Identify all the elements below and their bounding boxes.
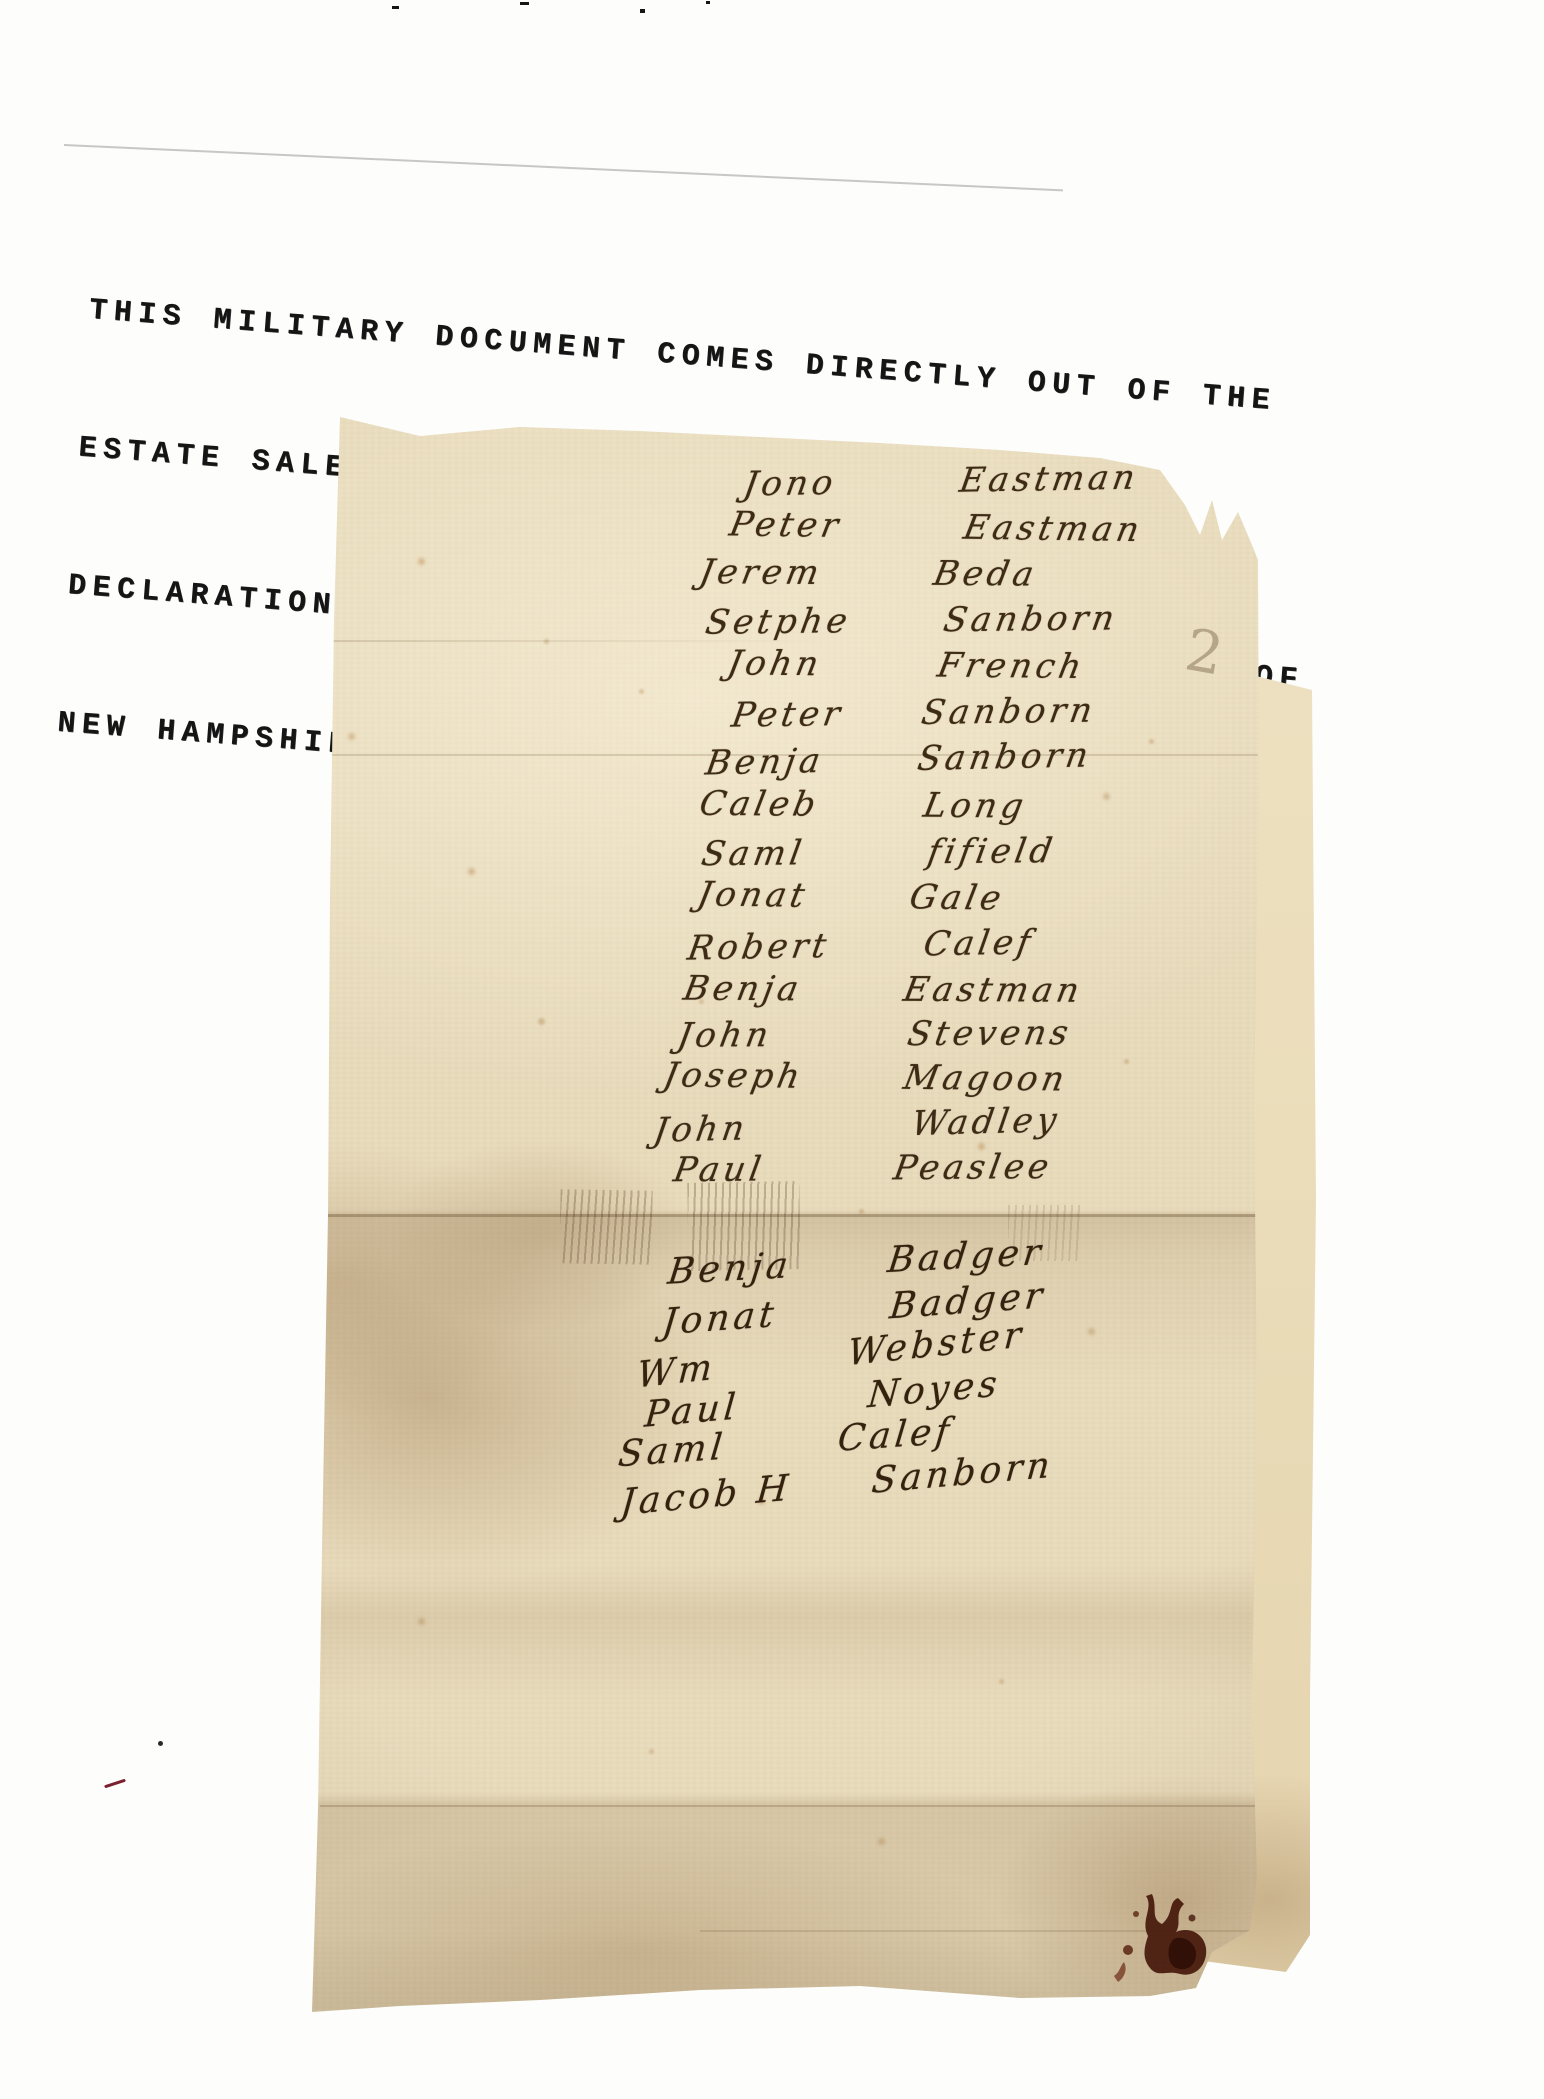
surname: Eastman (960, 508, 1146, 550)
scan-speck (640, 9, 645, 13)
surname: Badger (885, 1232, 1046, 1282)
surname: Sanborn (919, 691, 1099, 734)
surname: Wadley (909, 1100, 1063, 1144)
given-name: Saml (699, 833, 808, 874)
surname: Beda (930, 554, 1040, 595)
roster-row: PeterEastman (730, 504, 1251, 557)
given-name: Peter (729, 694, 847, 736)
surname: Sanborn (941, 598, 1121, 640)
given-name: Peter (726, 504, 845, 545)
surname: Magoon (900, 1058, 1071, 1100)
surname: Sanborn (915, 735, 1095, 779)
scan-speck (520, 2, 529, 5)
given-name: John (724, 643, 825, 684)
scan-line-artifact (64, 144, 1063, 191)
scan-speck (392, 6, 399, 9)
given-name: Saml (616, 1426, 728, 1475)
foxing-spots (0, 0, 3, 3)
given-name: Benja (666, 1245, 794, 1293)
given-name: Benja (680, 969, 805, 1010)
surname: Long (920, 786, 1030, 827)
given-name: Jono (741, 463, 840, 505)
surname: Calef (921, 922, 1037, 964)
given-name: Robert (685, 926, 833, 969)
ink-dot-artifact (158, 1741, 163, 1746)
given-name: Caleb (696, 784, 822, 825)
roster-row: JeremBeda (700, 552, 1220, 602)
given-name: John (675, 1015, 776, 1056)
given-name: Jonat (694, 874, 812, 915)
surname: Stevens (905, 1013, 1076, 1054)
given-name: John (651, 1108, 751, 1151)
given-name: Setphe (703, 601, 854, 643)
surname: Calef (836, 1411, 955, 1460)
scanned-page: THIS MILITARY DOCUMENT COMES DIRECTLY OU… (0, 0, 1544, 2099)
scan-speck (706, 1, 710, 4)
roster-row: Samlfifield (702, 830, 1222, 881)
caption-line: THIS MILITARY DOCUMENT COMES DIRECTLY OU… (87, 288, 1326, 429)
roster-row: RobertCalef (688, 919, 1209, 974)
given-name: Paul (671, 1149, 768, 1190)
surname: French (934, 646, 1088, 687)
roster-row: BenjaEastman (684, 969, 1204, 1018)
roster-row: PaulPeaslee (674, 1146, 1194, 1197)
surname: fifield (925, 831, 1059, 872)
given-name: Joseph (660, 1055, 807, 1096)
given-name: Benja (703, 741, 827, 784)
surname: Eastman (957, 458, 1142, 501)
roster-row: JohnStevens (678, 1012, 1198, 1062)
ink-blot (1088, 1878, 1238, 2008)
given-name: Jerem (696, 552, 826, 593)
surname: Eastman (900, 970, 1086, 1011)
roster-row: SetpheSanborn (706, 597, 1226, 648)
surname: Gale (906, 877, 1008, 918)
roster-row: JohnFrench (728, 643, 1248, 694)
surname: Peaslee (891, 1147, 1056, 1188)
red-pen-mark (104, 1779, 126, 1789)
ink-smudge (559, 1189, 652, 1265)
given-name: Jonat (660, 1294, 779, 1343)
roster-row: CalebLong (700, 784, 1220, 835)
